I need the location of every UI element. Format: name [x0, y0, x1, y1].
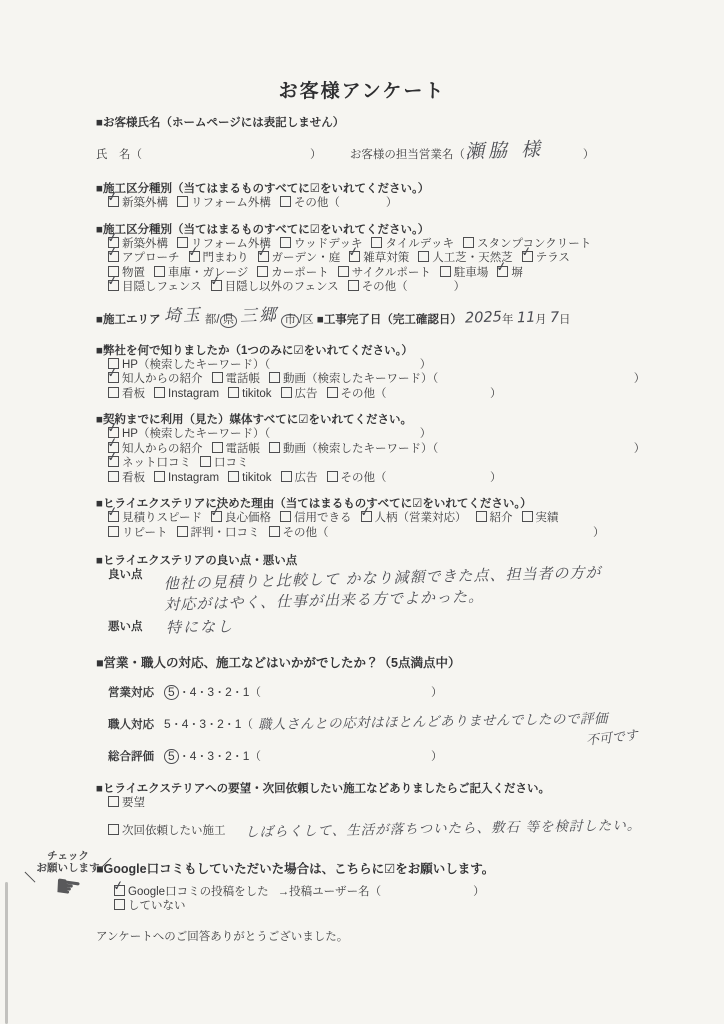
checkbox-option: 口コミ	[200, 456, 249, 471]
checkbox-option: タイルデッキ	[371, 237, 454, 252]
checkbox-label: tikitok	[242, 388, 271, 400]
empty-checkbox[interactable]	[463, 237, 474, 248]
decision-reason-heading: ■ヒライエクステリアに決めた理由（当てはまるものすべてに☑をいれてください。）	[96, 497, 656, 511]
checkbox-option: 動画（検索したキーワード）（ ）	[269, 372, 645, 387]
sales-close-paren: ）	[583, 149, 595, 161]
checked-checkbox[interactable]	[522, 251, 533, 262]
checkbox-option: 評判・口コミ	[177, 526, 260, 541]
checked-checkbox[interactable]	[114, 885, 125, 896]
checkbox-label: 新築外構	[122, 238, 168, 250]
name-close-paren: ）	[310, 149, 322, 161]
checkbox-option: 良心価格	[211, 511, 271, 526]
checked-checkbox[interactable]	[108, 511, 119, 522]
checkbox-label: その他（ ）	[362, 281, 466, 293]
name-line: 氏 名（） お客様の担当営業名（瀬脇 様）	[96, 143, 656, 164]
checked-checkbox[interactable]	[211, 280, 222, 291]
rating-label: 総合評価	[108, 751, 154, 763]
decision-reason-row-2: リピート評判・口コミその他（ ）	[108, 526, 656, 541]
checkbox-label: アプローチ	[122, 252, 180, 264]
bad-point-handwriting: 特になし	[166, 619, 234, 634]
rating-separator: ・	[214, 751, 225, 763]
empty-checkbox[interactable]	[327, 471, 338, 482]
checkbox-option: ガーデン・庭	[258, 251, 341, 266]
rating-row-overall: 総合評価5・4・3・2・1（）	[108, 747, 656, 766]
checked-checkbox[interactable]	[211, 511, 222, 522]
checkbox-option: テラス	[522, 251, 570, 266]
bad-point-row: 悪い点特になし	[108, 620, 656, 636]
area-label: ■施工エリア	[96, 314, 160, 326]
google-review-options: Google口コミの投稿をした→投稿ユーザー名（ ） していない	[96, 885, 656, 913]
checkbox-option: 見積りスピード	[108, 511, 202, 526]
checkbox-label: 見積りスピード	[122, 512, 202, 524]
checkbox-label: 動画（検索したキーワード）（ ）	[283, 443, 645, 455]
rating-score-circled[interactable]: 5	[164, 685, 179, 700]
empty-checkbox[interactable]	[440, 266, 451, 277]
media-used-row-1: HP（検索したキーワード）（ ）	[108, 427, 656, 442]
known-from-heading: ■弊社を何で知りましたか（1つのみに☑をいれてください。）	[96, 344, 656, 358]
checked-checkbox[interactable]	[108, 251, 119, 262]
checkbox-label: 評判・口コミ	[191, 527, 260, 539]
construction-type2-row-4: 目隠しフェンス目隠し以外のフェンスその他（ ）	[108, 280, 656, 295]
checkbox-label: リピート	[122, 527, 168, 539]
prefecture-handwriting: 埼玉	[163, 305, 202, 326]
checkbox-label: 電話帳	[226, 373, 261, 385]
check-callout: ＼チェックお願いします／ ☛	[20, 850, 116, 901]
rating-comment-handwriting: 職人さんとの応対はほとんどありませんでしたので評価	[258, 710, 608, 734]
ratings-heading: ■営業・職人の対応、施工などはいかがでしたか？（5点満点中）	[96, 656, 656, 670]
good-point-label: 良い点	[108, 568, 150, 582]
known-from-row-2: 知人からの紹介電話帳動画（検索したキーワード）（ ）	[108, 372, 656, 387]
good-point-handwriting: 他社の見積りと比較して かなり減額できた点、担当者の方が対応がはやく、仕事が出来…	[164, 562, 603, 615]
rating-open-paren: （	[249, 687, 261, 699]
pref-units: 都/	[205, 314, 220, 326]
empty-checkbox[interactable]	[281, 387, 292, 398]
empty-checkbox[interactable]	[371, 237, 382, 248]
checkbox-option: tikitok	[228, 387, 271, 402]
google-not-posted-row: していない	[114, 899, 656, 913]
rating-score[interactable]: 5	[164, 717, 171, 731]
empty-checkbox[interactable]	[177, 526, 188, 537]
good-point-row: 良い点他社の見積りと比較して かなり減額できた点、担当者の方が対応がはやく、仕事…	[108, 568, 656, 610]
checkbox-label: 目隠し以外のフェンス	[225, 281, 339, 293]
next-request-handwriting: しばらくして、生活が落ちついたら、敷石 等を検討したい。	[244, 818, 641, 839]
google-review-section: ＼チェックお願いします／ ☛ ■Google口コミもしていただいた場合は、こちら…	[96, 862, 656, 913]
checked-checkbox[interactable]	[258, 251, 269, 262]
checkbox-label: 広告	[295, 472, 318, 484]
rating-separator: ・	[232, 687, 243, 699]
checked-checkbox[interactable]	[108, 456, 119, 467]
checkbox-option: その他（ ）	[327, 471, 502, 486]
rating-close-paren: ）	[431, 751, 443, 763]
empty-checkbox[interactable]	[280, 196, 291, 207]
checkbox-option: 要望	[108, 796, 145, 811]
checkbox-option: その他（ ）	[269, 526, 605, 541]
checkbox-option: 車庫・ガレージ	[154, 266, 248, 281]
media-used-row-2: 知人からの紹介電話帳動画（検索したキーワード）（ ）	[108, 442, 656, 457]
rating-row-sales: 営業対応5・4・3・2・1（）	[108, 683, 656, 702]
month-handwriting: 11	[516, 307, 535, 328]
checkbox-label: 人柄（営業対応）	[375, 512, 467, 524]
requests-heading: ■ヒライエクステリアへの要望・次回依頼したい施工などありましたらご記入ください。	[96, 782, 656, 796]
rating-separator: ・	[224, 719, 235, 731]
checkbox-label: 知人からの紹介	[122, 373, 203, 385]
checkbox-label: 雑草対策	[363, 252, 409, 264]
checkbox-label: 信用できる	[294, 512, 352, 524]
checkbox-label: 門まわり	[203, 252, 249, 264]
customer-name-heading: ■お客様氏名（ホームページには表記しません）	[96, 116, 656, 130]
empty-checkbox[interactable]	[476, 511, 487, 522]
construction-type2-heading: ■施工区分種別（当てはまるものすべてに☑をいれてください。）	[96, 223, 656, 237]
google-review-heading: ■Google口コミもしていただいた場合は、こちらに☑をお願いします。	[96, 862, 656, 876]
checkbox-label: 駐車場	[454, 267, 489, 279]
construction-type1-heading: ■施工区分種別（当てはまるものすべてに☑をいれてください。）	[96, 182, 656, 196]
rating-score[interactable]: 2	[225, 685, 232, 699]
checkbox-label: HP（検索したキーワード）（ ）	[122, 359, 431, 371]
checkbox-label: その他（ ）	[283, 527, 605, 539]
checkbox-label: サイクルポート	[352, 267, 431, 279]
empty-checkbox[interactable]	[212, 442, 223, 453]
checkbox-option: その他（ ）	[327, 387, 502, 402]
empty-checkbox[interactable]	[280, 511, 291, 522]
checkbox-option: 次回依頼したい施工	[108, 824, 226, 838]
checkbox-label: タイルデッキ	[385, 238, 454, 250]
city-handwriting: 三郷	[240, 305, 279, 326]
media-used-row-3: ネット口コミ口コミ	[108, 456, 656, 471]
checked-checkbox[interactable]	[361, 511, 372, 522]
checked-checkbox[interactable]	[108, 280, 119, 291]
pref-unit-circled: 県	[220, 314, 238, 328]
checkbox-label: 動画（検索したキーワード）（ ）	[283, 373, 645, 385]
checkbox-option: 人柄（営業対応）	[361, 511, 467, 526]
checkbox-label: 塀	[511, 267, 523, 279]
checkbox-option: 動画（検索したキーワード）（ ）	[269, 442, 645, 457]
checkbox-option: 新築外構	[108, 196, 168, 211]
year-unit: 年	[502, 314, 514, 326]
checkbox-label: 電話帳	[226, 443, 261, 455]
city-unit-circled: 市	[281, 314, 299, 328]
checked-checkbox[interactable]	[497, 266, 508, 277]
page-title: お客様アンケート	[0, 76, 724, 103]
empty-checkbox[interactable]	[108, 471, 119, 482]
area-line: ■施工エリア 埼玉 都/県 三郷 市/区 ■工事完了日（完工確認日） 2025年…	[96, 308, 656, 330]
empty-checkbox[interactable]	[281, 471, 292, 482]
checkbox-option: 信用できる	[280, 511, 352, 526]
poster-name-label: →投稿ユーザー名（ ）	[278, 886, 485, 898]
construction-type1-row: 新築外構リフォーム外構その他（ ）	[108, 196, 656, 211]
scan-edge-artifact	[5, 882, 8, 1024]
name-field-label: 氏 名（	[96, 149, 142, 161]
checkbox-option: 駐車場	[440, 266, 489, 281]
checkbox-label: カーポート	[271, 267, 329, 279]
checkbox-label: 新築外構	[122, 197, 168, 209]
request-wish-row: 要望	[108, 796, 656, 811]
bad-point-label: 悪い点	[108, 620, 150, 634]
rating-close-paren: ）	[431, 687, 443, 699]
checkbox-option: 紹介	[476, 511, 513, 526]
sales-name-handwriting: 瀬脇 様	[465, 139, 584, 161]
media-used-heading: ■契約までに利用（見た）媒体すべてに☑をいれてください。	[96, 413, 656, 427]
pointing-hand-icon: ☛	[19, 868, 118, 907]
checkbox-option: リフォーム外構	[177, 196, 271, 211]
day-handwriting: 7	[549, 307, 559, 327]
checkbox-label: Instagram	[168, 472, 219, 484]
rating-separator: ・	[214, 687, 225, 699]
checkbox-label: 次回依頼したい施工	[122, 825, 226, 837]
empty-checkbox[interactable]	[108, 526, 119, 537]
rating-score-circled[interactable]: 5	[164, 749, 179, 764]
rating-separator: ・	[179, 687, 190, 699]
checkbox-option: ネット口コミ	[108, 456, 191, 471]
checkbox-option: 知人からの紹介	[108, 372, 203, 387]
checkbox-option: カーポート	[257, 266, 329, 281]
empty-checkbox[interactable]	[338, 266, 349, 277]
empty-checkbox[interactable]	[154, 387, 165, 398]
empty-checkbox[interactable]	[269, 526, 280, 537]
empty-checkbox[interactable]	[108, 824, 119, 835]
checked-checkbox[interactable]	[349, 251, 360, 262]
rating-separator: ・	[179, 751, 190, 763]
empty-checkbox[interactable]	[108, 796, 119, 807]
rating-separator: ・	[171, 719, 182, 731]
rating-separator: ・	[206, 719, 217, 731]
checkbox-label: テラス	[536, 252, 570, 264]
checkbox-option: その他（ ）	[280, 196, 398, 211]
form-content: ■お客様氏名（ホームページには表記しません） 氏 名（） お客様の担当営業名（瀬…	[96, 116, 656, 944]
rating-score[interactable]: 2	[217, 717, 224, 731]
empty-checkbox[interactable]	[257, 266, 268, 277]
checkbox-label: 要望	[122, 797, 145, 809]
checkbox-label: していない	[128, 900, 186, 912]
known-from-rows: HP（検索したキーワード）（ ） 知人からの紹介電話帳動画（検索したキーワード）…	[96, 358, 656, 402]
checkbox-option: 電話帳	[212, 372, 261, 387]
year-handwriting: 2025	[465, 307, 503, 328]
empty-checkbox[interactable]	[348, 280, 359, 291]
checkbox-label: スタンプコンクリート	[477, 238, 591, 250]
checkbox-label: HP（検索したキーワード）（ ）	[122, 428, 431, 440]
checkbox-label: ガーデン・庭	[272, 252, 341, 264]
checkbox-label: ネット口コミ	[122, 457, 191, 469]
checkbox-label: 紹介	[490, 512, 513, 524]
rating-separator: ・	[232, 751, 243, 763]
checkbox-label: 良心価格	[225, 512, 271, 524]
checked-checkbox[interactable]	[108, 196, 119, 207]
completion-date-label: ■工事完了日（完工確認日）	[317, 314, 462, 326]
checkbox-label: 看板	[122, 472, 145, 484]
checkbox-option: Instagram	[154, 387, 219, 402]
checkbox-option: tikitok	[228, 471, 271, 486]
construction-type1-rows: 新築外構リフォーム外構その他（ ）	[96, 196, 656, 211]
checkbox-option: HP（検索したキーワード）（ ）	[108, 358, 431, 373]
checkbox-option: その他（ ）	[348, 280, 466, 295]
checkbox-label: Google口コミの投稿をした	[128, 886, 269, 898]
empty-checkbox[interactable]	[228, 387, 239, 398]
empty-checkbox[interactable]	[114, 899, 125, 910]
checkbox-label: tikitok	[242, 472, 271, 484]
checked-checkbox[interactable]	[189, 251, 200, 262]
checkbox-option: Google口コミの投稿をした	[114, 885, 269, 899]
rating-label: 営業対応	[108, 687, 154, 699]
thanks-message: アンケートへのご回答ありがとうございました。	[96, 930, 656, 944]
empty-checkbox[interactable]	[522, 511, 533, 522]
rating-separator: ・	[196, 751, 207, 763]
rating-score[interactable]: 2	[225, 749, 232, 763]
city-units: /区	[299, 314, 314, 326]
empty-checkbox[interactable]	[154, 471, 165, 482]
checkbox-option: Instagram	[154, 471, 219, 486]
checkbox-label: その他（ ）	[341, 388, 502, 400]
media-used-row-4: 看板Instagramtikitok広告その他（ ）	[108, 471, 656, 486]
sales-name-label: お客様の担当営業名（	[350, 149, 465, 161]
checked-checkbox[interactable]	[108, 372, 119, 383]
construction-type2-row-3: 物置車庫・ガレージカーポートサイクルポート駐車場塀	[108, 266, 656, 281]
month-unit: 月	[535, 314, 547, 326]
rating-separator: ・	[188, 719, 199, 731]
google-posted-row: Google口コミの投稿をした→投稿ユーザー名（ ）	[114, 885, 656, 899]
empty-checkbox[interactable]	[280, 237, 291, 248]
next-request-row: 次回依頼したい施工しばらくして、生活が落ちついたら、敷石 等を検討したい。	[108, 823, 656, 838]
empty-checkbox[interactable]	[228, 471, 239, 482]
next-request-option: 次回依頼したい施工	[108, 825, 235, 837]
empty-checkbox[interactable]	[108, 387, 119, 398]
checkbox-option: 広告	[281, 387, 318, 402]
empty-checkbox[interactable]	[154, 266, 165, 277]
empty-checkbox[interactable]	[200, 456, 211, 467]
checkbox-label: 看板	[122, 388, 145, 400]
checkbox-option: 門まわり	[189, 251, 249, 266]
rating-open-paren: （	[241, 719, 253, 731]
checkbox-option: 実績	[522, 511, 559, 526]
callout-tick-right: ／	[101, 858, 112, 870]
checkbox-option: 目隠し以外のフェンス	[211, 280, 339, 295]
checkbox-option: 知人からの紹介	[108, 442, 203, 457]
checkbox-label: 口コミ	[214, 457, 249, 469]
media-used-rows: HP（検索したキーワード）（ ） 知人からの紹介電話帳動画（検索したキーワード）…	[96, 427, 656, 485]
known-from-row-1: HP（検索したキーワード）（ ）	[108, 358, 656, 373]
checkbox-option: リピート	[108, 526, 168, 541]
rating-row-craftsman: 職人対応5・4・3・2・1（職人さんとの応対はほとんどありませんでしたので評価不…	[108, 715, 656, 734]
checkbox-option: 目隠しフェンス	[108, 280, 202, 295]
rating-label: 職人対応	[108, 719, 154, 731]
checkbox-option: HP（検索したキーワード）（ ）	[108, 427, 431, 442]
survey-scan-page: お客様アンケート ■お客様氏名（ホームページには表記しません） 氏 名（） お客…	[0, 0, 724, 1024]
checkbox-label: 物置	[122, 267, 145, 279]
rating-separator: ・	[196, 687, 207, 699]
empty-checkbox[interactable]	[269, 372, 280, 383]
construction-type2-rows: 新築外構リフォーム外構ウッドデッキタイルデッキスタンプコンクリート アプローチ門…	[96, 237, 656, 295]
checkbox-option: 雑草対策	[349, 251, 409, 266]
construction-type2-row-2: アプローチ門まわりガーデン・庭雑草対策人工芝・天然芝テラス	[108, 251, 656, 266]
rating-open-paren: （	[249, 751, 261, 763]
checkbox-label: Instagram	[168, 388, 219, 400]
empty-checkbox[interactable]	[269, 442, 280, 453]
decision-reason-rows: 見積りスピード良心価格信用できる人柄（営業対応）紹介実績 リピート評判・口コミそ…	[96, 511, 656, 540]
checkbox-label: 知人からの紹介	[122, 443, 203, 455]
checkbox-label: 目隠しフェンス	[122, 281, 202, 293]
checkbox-option: 電話帳	[212, 442, 261, 457]
checkbox-label: 車庫・ガレージ	[168, 267, 248, 279]
day-unit: 日	[559, 314, 571, 326]
checkbox-option: 広告	[281, 471, 318, 486]
checkbox-option: アプローチ	[108, 251, 180, 266]
checkbox-label: 実績	[536, 512, 559, 524]
known-from-row-3: 看板Instagramtikitok広告その他（ ）	[108, 387, 656, 402]
checkbox-option: 塀	[497, 266, 523, 281]
checkbox-label: 広告	[295, 388, 318, 400]
checkbox-option: 看板	[108, 387, 145, 402]
checkbox-option: 看板	[108, 471, 145, 486]
empty-checkbox[interactable]	[418, 251, 429, 262]
empty-checkbox[interactable]	[327, 387, 338, 398]
google-posted-option: Google口コミの投稿をした	[114, 886, 278, 898]
decision-reason-row-1: 見積りスピード良心価格信用できる人柄（営業対応）紹介実績	[108, 511, 656, 526]
checkbox-option: サイクルポート	[338, 266, 431, 281]
checkbox-label: リフォーム外構	[191, 197, 271, 209]
checkbox-label: その他（ ）	[341, 472, 502, 484]
checkbox-option: していない	[114, 899, 186, 913]
empty-checkbox[interactable]	[177, 196, 188, 207]
checkbox-label: その他（ ）	[294, 197, 398, 209]
empty-checkbox[interactable]	[212, 372, 223, 383]
